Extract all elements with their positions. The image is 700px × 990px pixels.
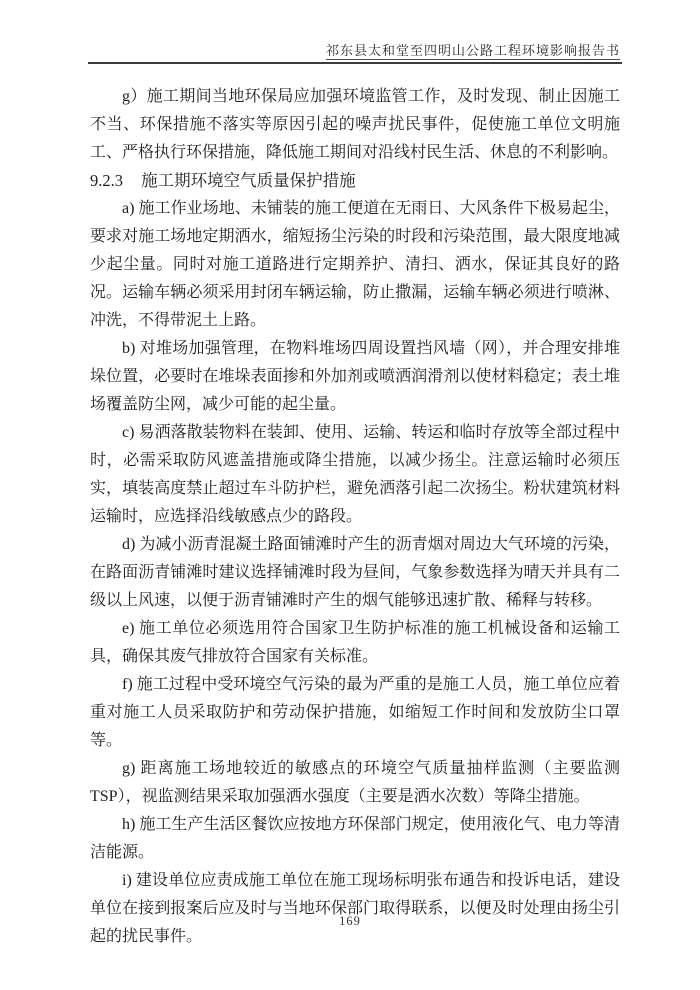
paragraph-f: f) 施工过程中受环境空气污染的最为严重的是施工人员，施工单位应着重对施工人员采… — [90, 671, 620, 755]
paragraph-a: a) 施工作业场地、未铺装的施工便道在无雨日、大风条件下极易起尘，要求对施工场地… — [90, 195, 620, 335]
page-footer: 169 — [0, 914, 700, 929]
section-number: 9.2.3 — [90, 171, 123, 190]
document-body: g）施工期间当地环保局应加强环境监管工作，及时发现、制止因施工不当、环保措施不落… — [90, 83, 620, 951]
page-header: 祁东县太和堂至四明山公路工程环境影响报告书 — [90, 40, 620, 59]
paragraph-e: e) 施工单位必须选用符合国家卫生防护标准的施工机械设备和运输工具，确保其废气排… — [90, 615, 620, 671]
section-heading: 9.2.3 施工期环境空气质量保护措施 — [90, 167, 620, 195]
paragraph-b: b) 对堆场加强管理，在物料堆场四周设置挡风墙（网），并合理安排堆垛位置，必要时… — [90, 335, 620, 419]
header-rule — [88, 62, 622, 64]
header-title: 祁东县太和堂至四明山公路工程环境影响报告书 — [326, 43, 620, 60]
paragraph-h: h) 施工生产生活区餐饮应按地方环保部门规定，使用液化气、电力等清洁能源。 — [90, 811, 620, 867]
paragraph-c: c) 易洒落散装物料在装卸、使用、运输、转运和临时存放等全部过程中时，必需采取防… — [90, 419, 620, 531]
paragraph-i: i) 建设单位应责成施工单位在施工现场标明张布通告和投诉电话，建设单位在接到报案… — [90, 867, 620, 951]
paragraph-intro-g: g）施工期间当地环保局应加强环境监管工作，及时发现、制止因施工不当、环保措施不落… — [90, 83, 620, 167]
section-title: 施工期环境空气质量保护措施 — [141, 171, 356, 190]
document-page: 祁东县太和堂至四明山公路工程环境影响报告书 g）施工期间当地环保局应加强环境监管… — [0, 0, 700, 990]
paragraph-g: g) 距离施工场地较近的敏感点的环境空气质量抽样监测（主要监测 TSP），视监测… — [90, 755, 620, 811]
paragraph-d: d) 为减小沥青混凝土路面铺滩时产生的沥青烟对周边大气环境的污染，在路面沥青铺滩… — [90, 531, 620, 615]
page-number: 169 — [339, 914, 361, 928]
